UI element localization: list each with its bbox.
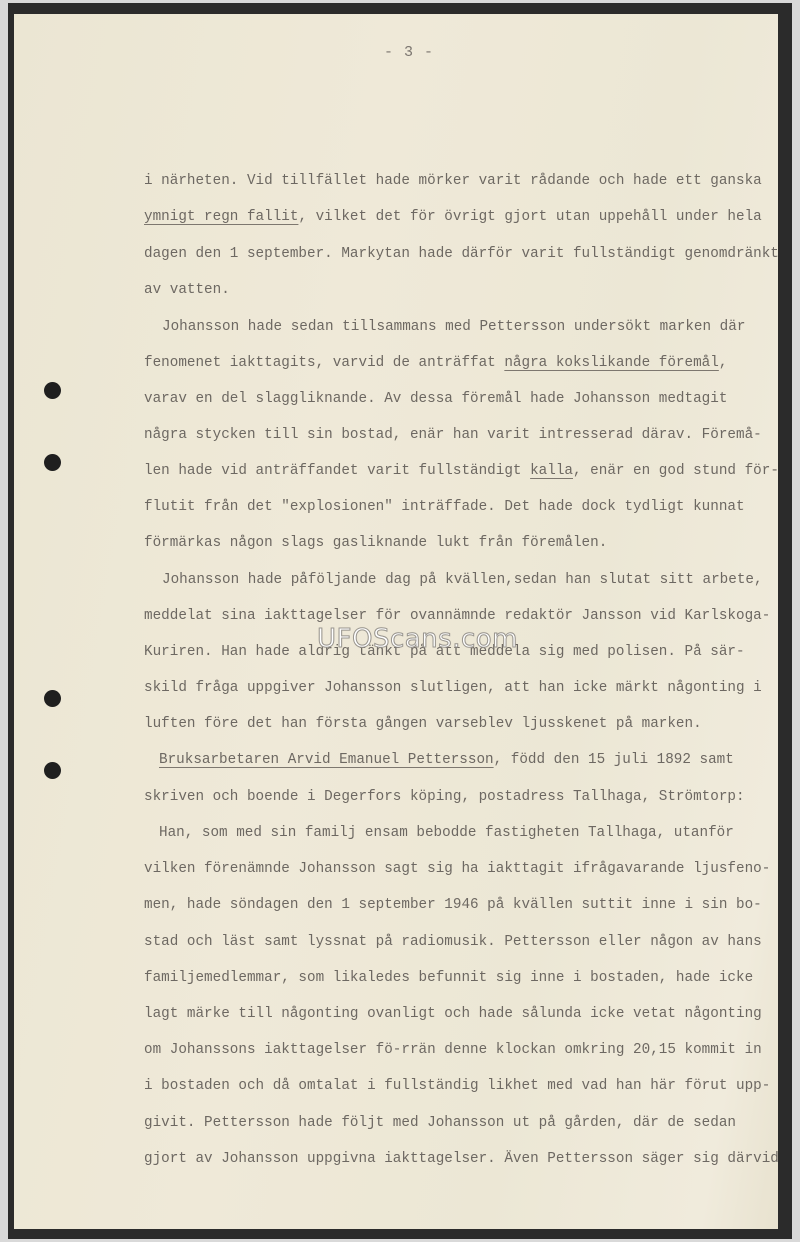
- text-span: flutit från det "explosionen" inträffade…: [144, 499, 745, 515]
- text-line: len hade vid anträffandet varit fullstän…: [144, 462, 778, 480]
- text-line: skild fråga uppgiver Johansson slutligen…: [144, 679, 762, 697]
- text-span: ,: [719, 355, 728, 371]
- text-span: familjemedlemmar, som likaledes befunnit…: [144, 970, 753, 986]
- text-span: om Johanssons iakttagelser fö-rrän denne…: [144, 1042, 762, 1058]
- text-span: gjort av Johansson uppgivna iakttagelser…: [144, 1151, 778, 1167]
- text-line: Johansson hade påföljande dag på kvällen…: [162, 571, 763, 589]
- text-line: Han, som med sin familj ensam bebodde fa…: [159, 824, 734, 842]
- text-span: , vilket det för övrigt gjort utan uppeh…: [298, 209, 761, 225]
- text-span: len hade vid anträffandet varit fullstän…: [144, 463, 530, 479]
- text-span: Johansson hade sedan tillsammans med Pet…: [162, 319, 745, 335]
- text-line: lagt märke till någonting ovanligt och h…: [144, 1005, 762, 1023]
- text-span: förmärkas någon slags gasliknande lukt f…: [144, 535, 607, 551]
- underlined-phrase: ymnigt regn fallit: [144, 209, 298, 225]
- text-span: skriven och boende i Degerfors köping, p…: [144, 789, 745, 805]
- underlined-phrase: Bruksarbetaren Arvid Emanuel Pettersson: [159, 752, 494, 768]
- watermark: UFOScans.com: [317, 624, 518, 654]
- underlined-phrase: kalla: [530, 463, 573, 479]
- punch-hole: [44, 382, 61, 399]
- text-span: luften före det han första gången varseb…: [144, 716, 702, 732]
- text-line: flutit från det "explosionen" inträffade…: [144, 498, 745, 516]
- punch-hole: [44, 762, 61, 779]
- text-line: Bruksarbetaren Arvid Emanuel Pettersson,…: [159, 751, 734, 769]
- text-span: stad och läst samt lyssnat på radiomusik…: [144, 934, 762, 950]
- text-span: , enär en god stund för-: [573, 463, 778, 479]
- text-span: i bostaden och då omtalat i fullständig …: [144, 1078, 770, 1094]
- text-line: meddelat sina iakttagelser för ovannämnd…: [144, 607, 770, 625]
- text-span: vilken förenämnde Johansson sagt sig ha …: [144, 861, 770, 877]
- underlined-phrase: några kokslikande föremål: [504, 355, 719, 371]
- text-line: av vatten.: [144, 281, 230, 299]
- text-line: Johansson hade sedan tillsammans med Pet…: [162, 318, 745, 336]
- text-span: fenomenet iakttagits, varvid de anträffa…: [144, 355, 504, 371]
- text-line: förmärkas någon slags gasliknande lukt f…: [144, 534, 607, 552]
- text-line: stad och läst samt lyssnat på radiomusik…: [144, 933, 762, 951]
- text-line: men, hade söndagen den 1 september 1946 …: [144, 896, 762, 914]
- text-line: ymnigt regn fallit, vilket det för övrig…: [144, 208, 762, 226]
- text-line: varav en del slaggliknande. Av dessa för…: [144, 390, 727, 408]
- punch-hole: [44, 454, 61, 471]
- text-line: fenomenet iakttagits, varvid de anträffa…: [144, 354, 727, 372]
- text-span: av vatten.: [144, 282, 230, 298]
- text-span: Han, som med sin familj ensam bebodde fa…: [159, 825, 734, 841]
- text-span: skild fråga uppgiver Johansson slutligen…: [144, 680, 762, 696]
- text-line: givit. Pettersson hade följt med Johanss…: [144, 1114, 736, 1132]
- text-span: några stycken till sin bostad, enär han …: [144, 427, 762, 443]
- punch-hole: [44, 690, 61, 707]
- text-line: i närheten. Vid tillfället hade mörker v…: [144, 172, 762, 190]
- text-span: i närheten. Vid tillfället hade mörker v…: [144, 173, 762, 189]
- text-line: vilken förenämnde Johansson sagt sig ha …: [144, 860, 770, 878]
- text-span: lagt märke till någonting ovanligt och h…: [144, 1006, 762, 1022]
- text-line: om Johanssons iakttagelser fö-rrän denne…: [144, 1041, 762, 1059]
- page-number: - 3 -: [384, 44, 434, 61]
- text-span: , född den 15 juli 1892 samt: [494, 752, 734, 768]
- text-span: givit. Pettersson hade följt med Johanss…: [144, 1115, 736, 1131]
- text-span: varav en del slaggliknande. Av dessa för…: [144, 391, 727, 407]
- text-span: Johansson hade påföljande dag på kvällen…: [162, 572, 763, 588]
- text-line: skriven och boende i Degerfors köping, p…: [144, 788, 745, 806]
- text-line: luften före det han första gången varseb…: [144, 715, 702, 733]
- text-line: familjemedlemmar, som likaledes befunnit…: [144, 969, 753, 987]
- document-page: - 3 - i närheten. Vid tillfället hade mö…: [14, 14, 778, 1229]
- text-line: dagen den 1 september. Markytan hade där…: [144, 245, 778, 263]
- text-span: meddelat sina iakttagelser för ovannämnd…: [144, 608, 770, 624]
- text-span: dagen den 1 september. Markytan hade där…: [144, 246, 778, 262]
- text-span: men, hade söndagen den 1 september 1946 …: [144, 897, 762, 913]
- text-line: några stycken till sin bostad, enär han …: [144, 426, 762, 444]
- text-line: i bostaden och då omtalat i fullständig …: [144, 1077, 770, 1095]
- text-line: gjort av Johansson uppgivna iakttagelser…: [144, 1150, 778, 1168]
